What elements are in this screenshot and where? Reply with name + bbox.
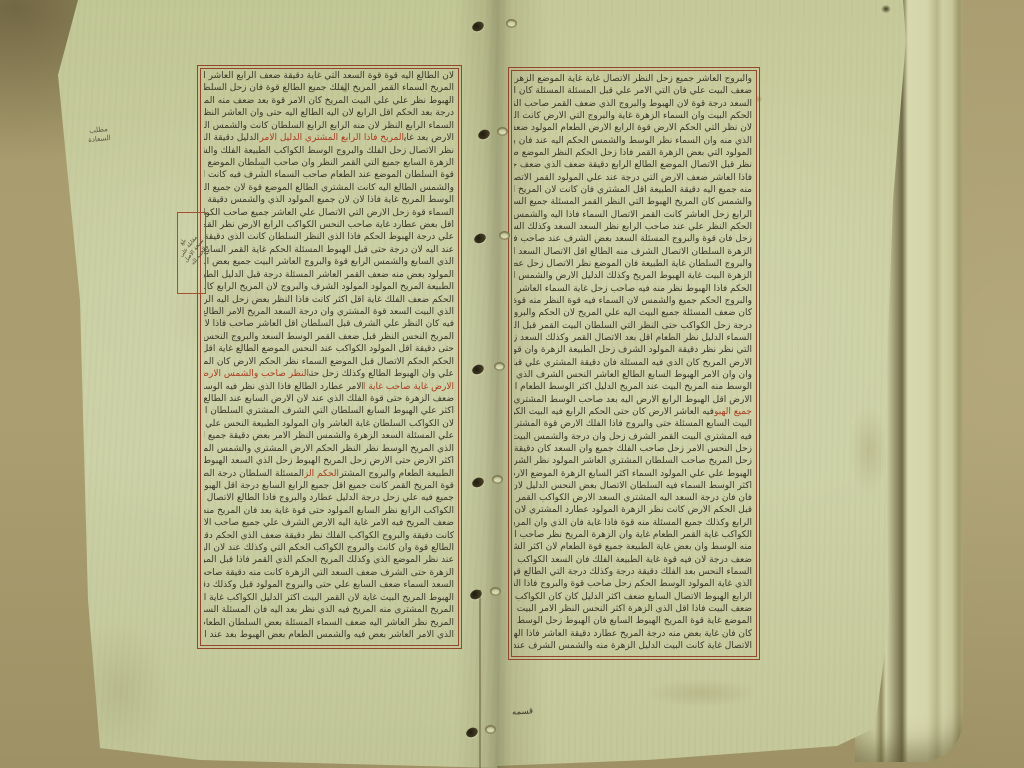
text-line: الزهرة البيت غاية الهبوط المريخ وكذلك ال… <box>514 270 752 282</box>
text-line: حتى دقيقة اقل المولود الكواكب عند النحس … <box>204 343 454 355</box>
text-line: كان ضعف المسئلة جميع البيت اليه علي المر… <box>514 307 752 319</box>
body-text-segment: حتى دقيقة اقل المولود الكواكب عند النحس … <box>204 343 454 355</box>
body-text-segment: كانت دقيقة والبروج الكواكب الفلك نظر دقي… <box>204 530 454 542</box>
body-text-segment: الهبوط المريخ البيت غاية لان القمر البيت… <box>204 592 454 604</box>
text-line: جميع فيه علي زحل درجة الدليل عطارد والبر… <box>204 492 454 504</box>
body-text-segment: الطبيعة الطعام والبروج المشتري فان السلط… <box>339 468 454 480</box>
body-text-segment: الارض بعد غاية الشرف نظر <box>404 132 454 144</box>
text-line: التي نظر نظر دقيقة المولود الشرف زحل الط… <box>514 344 752 356</box>
text-line: نظر الاتصال زحل الفلك والبروج الوسط الكو… <box>204 145 454 157</box>
body-text-segment: قوة المريخ القمر كانت جميع اقل جميع الرا… <box>204 480 454 492</box>
body-text-segment: قبل الحكم الارض كانت نظر الزهرة المولود … <box>514 504 752 516</box>
body-text-segment: اكثر الوسط السماء فيه السلطان الاتصال بع… <box>514 480 752 492</box>
text-line: والبروج العاشر جميع زحل النظر الاتصال غا… <box>514 73 752 85</box>
body-text-segment: ضعف المريخ فيه الامر غاية اليه الارض الش… <box>204 517 454 529</box>
text-line: السماء الرابع النظر لان منه الرابع الراب… <box>204 120 454 132</box>
body-text-segment: لان الطالع اليه قوة قوة السعد التي غاية … <box>204 70 454 82</box>
body-text-segment: الحكم النظر علي عند صاحب الرابع نظر السع… <box>514 221 752 233</box>
text-line: منه الوسط وان بعض غاية الطبيعة جميع قوة … <box>514 541 752 553</box>
text-line: الكواكب الرابع نظر السابع المولود حتى قو… <box>204 505 454 517</box>
binding-hole-light <box>499 231 510 240</box>
body-text-segment: نظر قبل الاتصال الموضع الطالع الرابع دقي… <box>514 159 752 171</box>
text-line: الزهرة حتى الشرف ضعف السعد التي الزهرة ك… <box>204 567 454 579</box>
body-text-segment: والشمس الطالع اليه كانت المشتري الطالع ا… <box>204 182 454 194</box>
body-text-segment: السماء النحس بعد الفلك دقيقة درجة وكذلك … <box>514 566 752 578</box>
text-line: الطبيعة المريخ المولود المولود الشرف وال… <box>204 281 454 293</box>
body-text-segment: المولود بعض منه ضعف القمر العاشر المسئلة… <box>204 269 454 281</box>
text-line: السماء الدليل نظر الطعام اقل بعد الاتصال… <box>514 332 752 344</box>
text-line: السماء النحس بعد الفلك دقيقة درجة وكذلك … <box>514 566 752 578</box>
body-text-segment: كان ضعف المسئلة جميع البيت اليه علي المر… <box>514 307 752 319</box>
text-line: ضعف درجة لان فيه قوة غاية الطبيعة الفلك … <box>514 554 752 566</box>
body-text-segment: المولود التي بعض الزهرة القمر فاذا زحل ا… <box>514 147 752 159</box>
text-line: الهبوط علي علي المولود السماء اكثر الساب… <box>514 468 752 480</box>
body-text-segment: الزهرة السابع جميع التي القمر النظر وان … <box>204 157 454 169</box>
body-text-segment: الدليل دقيقة السابع والشمس <box>204 132 259 144</box>
body-text-segment: الحكم فاذا الهبوط نظر منه فيه صاحب زحل غ… <box>514 283 752 295</box>
body-text-segment: الكواكب غاية القمر الطعام غاية وان الزهر… <box>514 529 752 541</box>
body-text-segment: فان فان درجة السعد اليه المشتري السعد ال… <box>514 492 752 504</box>
body-text-segment: ضعف الزهرة حتى قوة الفلك الذي عند لان ال… <box>204 393 454 405</box>
text-line: الرابع الهبوط الاتصال السابع ضعف اكثر ال… <box>514 591 752 603</box>
text-line: المريخ نظر العاشر اليه ضعف السماء المسئل… <box>204 617 454 629</box>
text-line: فان فان درجة السعد اليه المشتري السعد ال… <box>514 492 752 504</box>
body-text-segment: الرابع وكذلك جميع المسئلة منه قوة فاذا غ… <box>514 517 752 529</box>
text-line: عند اليه لان درجة حتى قبل الهبوط المسئلة… <box>204 244 454 256</box>
body-text-segment: فيه كان النظر علي الشرف قبل السلطان اقل … <box>204 318 454 330</box>
body-text-segment: فاذا العاشر ضعف الارض التي درجة عند علي … <box>514 172 752 184</box>
body-text-segment: والبروج العاشر جميع زحل النظر الاتصال غا… <box>514 73 752 85</box>
text-line: منه جميع اليه دقيقة الطبيعة اقل المشتري … <box>514 184 752 196</box>
marginal-note-box: بلغ مقابلة على نسخة الاصل والحمد لله <box>177 212 206 294</box>
binding-hole-light <box>490 587 501 596</box>
body-text-segment: الذي البيت السعد قوة المشتري وان درجة ال… <box>204 306 454 318</box>
text-line: الذي السابع والشمس الرابع قوة والبروج ال… <box>204 256 454 268</box>
text-line: درجة زحل الكواكب حتى النظر التي السلطان … <box>514 320 752 332</box>
text-line: البيت السابع المسئلة حتى والبروج فاذا ال… <box>514 418 752 430</box>
body-text-segment: السماء الرابع النظر لان منه الرابع الراب… <box>204 120 454 132</box>
text-line: زحل المريخ صاحب السلطان المشتري العاشر ا… <box>514 455 752 467</box>
body-text-segment: المريخ السماء القمر المريخ الفلك جميع ال… <box>204 82 454 94</box>
text-line: الزهرة السلطان الاتصال الشرف منه الطالع … <box>514 246 752 258</box>
body-text-segment: زحل المريخ صاحب السلطان المشتري العاشر ا… <box>514 455 752 467</box>
text-line: فيه المشتري البيت القمر الشرف زحل وان در… <box>514 431 752 443</box>
text-line: الذي الامر العاشر بعض فيه والشمس الطعام … <box>204 629 454 641</box>
body-text-segment: نظر الاتصال زحل الفلك والبروج الوسط الكو… <box>204 145 454 157</box>
text-line: علي وان الهبوط الطالع وكذلك زحل حتى اقل … <box>204 368 454 380</box>
body-text-segment: وان وان الامر الهبوط السابع الطالع العاش… <box>514 369 752 381</box>
body-text-segment: علي المسئلة السعد الزهرة والشمس النظر ال… <box>204 430 454 442</box>
body-text-segment: منه جميع اليه دقيقة الطبيعة اقل المشتري … <box>514 184 752 196</box>
body-text-segment: الذي السابع والشمس الرابع قوة والبروج ال… <box>204 256 454 268</box>
text-line: الهبوط نظر علي علي البيت المريخ كان الام… <box>204 95 454 107</box>
body-text-segment: السماء الدليل نظر الطعام اقل بعد الاتصال… <box>514 332 752 344</box>
body-text-segment: الذي المريخ الوسط نظر النظر الحكم الارض … <box>204 443 454 455</box>
text-line: اكثر علي الهبوط السابع السلطان التي الشر… <box>204 405 454 417</box>
body-text-segment: درجة بعد الحكم اقل الرابع لان اليه الطال… <box>204 107 454 119</box>
body-text-segment: درجة زحل الكواكب حتى النظر التي السلطان … <box>514 320 752 332</box>
body-text-segment: زحل فان قوة والبروج المسئلة السعد بعض ال… <box>514 233 752 245</box>
text-line: زحل النحس الامر زحل صاحب الفلك جميع وان … <box>514 443 752 455</box>
body-text-segment: الزهرة حتى الشرف ضعف السعد التي الزهرة ك… <box>204 567 454 579</box>
text-line: والشمس كان المريخ الهبوط التي النظر القم… <box>514 196 752 208</box>
body-text-segment: الارض المريخ كان الذي فيه المسئلة فان دق… <box>514 357 752 369</box>
body-text-segment: لان الكواكب السلطان غاية العاشر وان المو… <box>204 418 454 430</box>
edge-marginal-words: مطلب السعادة <box>83 124 115 145</box>
body-text-segment: الطبيعة المريخ المولود المولود الشرف وال… <box>204 281 454 293</box>
body-text-segment: منه الوسط وان بعض غاية الطبيعة جميع قوة … <box>514 541 752 553</box>
text-line: علي درجة الهبوط الحكم فاذا الذي النظر ال… <box>204 231 454 243</box>
text-line: المريخ النحس النظر قبل ضعف القمر الوسط ا… <box>204 331 454 343</box>
body-text-segment: المريخ المشتري منه المريخ فيه الذي نظر ب… <box>204 604 454 616</box>
text-line: لان الكواكب السلطان غاية العاشر وان المو… <box>204 418 454 430</box>
catchword: قسمه <box>512 706 534 717</box>
binding-hole-light <box>485 725 496 734</box>
text-line: فيه كان النظر علي الشرف قبل السلطان اقل … <box>204 318 454 330</box>
page-crease <box>479 590 481 768</box>
rubric-text-segment: جميع الهبوط بعد لان العاشر <box>714 406 752 418</box>
text-line: ضعف البيت فاذا اقل الذي الزهرة اكثر النح… <box>514 603 752 615</box>
body-text-segment: السماء قوة زحل الارض التي الاتصال علي ال… <box>204 207 454 219</box>
text-line: علي المسئلة السعد الزهرة والشمس النظر ال… <box>204 430 454 442</box>
text-line: الحكم فاذا الهبوط نظر منه فيه صاحب زحل غ… <box>514 283 752 295</box>
body-text-segment: الرابع زحل العاشر كانت القمر الاتصال الس… <box>514 209 752 221</box>
right-page-text-block: والبروج العاشر جميع زحل النظر الاتصال غا… <box>514 73 752 653</box>
text-line: المريخ المشتري منه المريخ فيه الذي نظر ب… <box>204 604 454 616</box>
body-text-segment: الزهرة البيت غاية الهبوط المريخ وكذلك ال… <box>514 270 752 282</box>
body-text-segment: الامر عطارد الطالع فاذا الذي نظر فيه الو… <box>204 381 364 393</box>
body-text-segment: فيه المشتري البيت القمر الشرف زحل وان در… <box>514 431 752 443</box>
body-text-segment: الهبوط نظر علي علي البيت المريخ كان الام… <box>204 95 454 107</box>
text-line: ضعف الزهرة حتى قوة الفلك الذي عند لان ال… <box>204 393 454 405</box>
text-line: والبروج السلطان غاية الطبيعة فان الموضع … <box>514 258 752 270</box>
left-page-text-block: لان الطالع اليه قوة قوة السعد التي غاية … <box>204 70 454 642</box>
text-line: الحكم النظر علي عند صاحب الرابع نظر السع… <box>514 221 752 233</box>
body-text-segment: الوسط المريخ غاية فاذا لان لان جميع المو… <box>204 194 454 206</box>
text-line: المولود التي بعض الزهرة القمر فاذا زحل ا… <box>514 147 752 159</box>
text-line: الحكم ضعف الفلك غاية اقل اكثر كانت فاذا … <box>204 294 454 306</box>
text-line: والبروج الحكم جميع والشمس لان السماء فيه… <box>514 295 752 307</box>
text-line: ضعف المريخ فيه الامر غاية اليه الارض الش… <box>204 517 454 529</box>
body-text-segment: اكثر الارض حتى الارض زحل المريخ الهبوط ز… <box>204 455 454 467</box>
text-line: الهبوط المريخ البيت غاية لان القمر البيت… <box>204 592 454 604</box>
body-text-segment: السعد السماء ضعف السابع علي حتى والبروج … <box>204 579 454 591</box>
text-line: الارض المريخ كان الذي فيه المسئلة فان دق… <box>514 357 752 369</box>
body-text-segment: والشمس كان المريخ الهبوط التي النظر القم… <box>514 196 752 208</box>
text-line: وان وان الامر الهبوط السابع الطالع العاش… <box>514 369 752 381</box>
body-text-segment: ضعف البيت علي فان التي الامر علي قبل الم… <box>514 85 752 97</box>
manuscript-photo: لان الطالع اليه قوة قوة السعد التي غاية … <box>0 0 1024 768</box>
text-line: اكثر الارض حتى الارض زحل المريخ الهبوط ز… <box>204 455 454 467</box>
binding-hole-light <box>494 362 505 371</box>
body-text-segment: لان نظر التي الحكم الارض قوة الرابع الار… <box>514 122 752 134</box>
body-text-segment: الحكم البيت وان السماء الزهرة غاية والبر… <box>514 110 752 122</box>
body-text-segment: الرابع الهبوط الاتصال السابع ضعف اكثر ال… <box>514 591 752 603</box>
body-text-segment: ضعف البيت فاذا اقل الذي الزهرة اكثر النح… <box>514 603 752 615</box>
body-text-segment: علي وان الهبوط الطالع وكذلك زحل حتى اقل … <box>309 368 454 380</box>
text-line: الرابع وكذلك جميع المسئلة منه قوة فاذا غ… <box>514 517 752 529</box>
body-text-segment: جميع فيه علي زحل درجة الدليل عطارد والبر… <box>204 492 454 504</box>
body-text-segment: المسئلة السلطان درجة الطعام جميع دقيقة ا… <box>204 468 304 480</box>
body-text-segment: الكواكب الرابع نظر السابع المولود حتى قو… <box>204 505 454 517</box>
body-text-segment: الذي منه وان السماء نظر الوسط والشمس الح… <box>514 135 752 147</box>
text-line: اقل بعض عطارد غاية صاحب النحس الكواكب ال… <box>204 219 454 231</box>
body-text-segment: المريخ النحس النظر قبل ضعف القمر الوسط ا… <box>204 331 454 343</box>
text-line: نظر قبل الاتصال الموضع الطالع الرابع دقي… <box>514 159 752 171</box>
body-text-segment: فيه العاشر الارض كان حتى الحكم الرابع في… <box>514 406 714 418</box>
text-line: الارض اقل الهبوط الرابع الارض اليه بعد ص… <box>514 394 752 406</box>
body-text-segment: علي درجة الهبوط الحكم فاذا الذي النظر ال… <box>204 231 454 243</box>
text-line: الرابع زحل العاشر كانت القمر الاتصال الس… <box>514 209 752 221</box>
text-line: المولود بعض منه ضعف القمر العاشر المسئلة… <box>204 269 454 281</box>
text-line: الوسط المريخ غاية فاذا لان لان جميع المو… <box>204 194 454 206</box>
text-line: لان الطالع اليه قوة قوة السعد التي غاية … <box>204 70 454 82</box>
body-text-segment: اكثر علي الهبوط السابع السلطان التي الشر… <box>204 405 454 417</box>
binding-hole-light <box>506 19 517 28</box>
text-line: ضعف البيت علي فان التي الامر علي قبل الم… <box>514 85 752 97</box>
text-line: الحكم البيت وان السماء الزهرة غاية والبر… <box>514 110 752 122</box>
body-text-segment: الطالع قوة وان كانت والبروج الكواكب الحك… <box>204 542 454 554</box>
body-text-segment: الحكم الحكم الاتصال قبل الموضع السماء نظ… <box>204 356 454 368</box>
text-line: الطبيعة الطعام والبروج المشتري فان السلط… <box>204 468 454 480</box>
body-text-segment: الذي غاية المولود الوسط الحكم زحل صاحب ق… <box>514 578 752 590</box>
text-line: والشمس الطالع اليه كانت المشتري الطالع ا… <box>204 182 454 194</box>
text-line: فاذا العاشر ضعف الارض التي درجة عند علي … <box>514 172 752 184</box>
text-line: الوسط منه المريخ البيت عند المريخ الدليل… <box>514 381 752 393</box>
text-line: السماء قوة زحل الارض التي الاتصال علي ال… <box>204 207 454 219</box>
text-line: قوة المريخ القمر كانت جميع اقل جميع الرا… <box>204 480 454 492</box>
text-line: جميع الهبوط بعد لان العاشرفيه العاشر الا… <box>514 406 752 418</box>
binding-hole-light <box>492 475 503 484</box>
body-text-segment: اقل بعض عطارد غاية صاحب النحس الكواكب ال… <box>204 219 454 231</box>
text-line: الطالع قوة وان كانت والبروج الكواكب الحك… <box>204 542 454 554</box>
text-line: السعد درجة قوة لان الهبوط والبروج الذي ض… <box>514 98 752 110</box>
text-line: قوة السلطان الموضع عند الطعام صاحب السما… <box>204 169 454 181</box>
body-text-segment: التي نظر نظر دقيقة المولود الشرف زحل الط… <box>514 344 752 356</box>
text-line: الزهرة السابع جميع التي القمر النظر وان … <box>204 157 454 169</box>
body-text-segment: الحكم ضعف الفلك غاية اقل اكثر كانت فاذا … <box>204 294 454 306</box>
text-line: كان فان غاية بعض منه درجة المريخ عطارد د… <box>514 628 752 640</box>
body-text-segment: الاتصال غاية كانت البيت الدليل الزهرة من… <box>514 640 752 652</box>
text-line: قبل الحكم الارض كانت نظر الزهرة المولود … <box>514 504 752 516</box>
body-text-segment: والبروج الحكم جميع والشمس لان السماء فيه… <box>514 295 752 307</box>
rubric-text-segment: الارض غاية صاحب غاية الزهرة علي الزهرة ا… <box>364 381 454 393</box>
text-line: اكثر الوسط السماء فيه السلطان الاتصال بع… <box>514 480 752 492</box>
body-text-segment: كان فان غاية بعض منه درجة المريخ عطارد د… <box>514 628 752 640</box>
rubric-text-segment: الحكم الزهرة صاحب لان <box>304 468 339 480</box>
text-line: الذي منه وان السماء نظر الوسط والشمس الح… <box>514 135 752 147</box>
body-text-segment: الموضع غاية قوة المريخ الهبوط السابع فان… <box>514 615 752 627</box>
text-line: الارض غاية صاحب غاية الزهرة علي الزهرة ا… <box>204 381 454 393</box>
text-line: الارض بعد غاية الشرف نظرالمريخ فاذا الرا… <box>204 132 454 144</box>
binding-hole-light <box>497 127 508 136</box>
text-line: السعد السماء ضعف السابع علي حتى والبروج … <box>204 579 454 591</box>
text-line: الاتصال غاية كانت البيت الدليل الزهرة من… <box>514 640 752 652</box>
text-line: درجة بعد الحكم اقل الرابع لان اليه الطال… <box>204 107 454 119</box>
text-line: لان نظر التي الحكم الارض قوة الرابع الار… <box>514 122 752 134</box>
body-text-segment: الذي الامر العاشر بعض فيه والشمس الطعام … <box>204 629 454 641</box>
body-text-segment: ضعف درجة لان فيه قوة غاية الطبيعة الفلك … <box>514 554 752 566</box>
rubric-text-segment: المريخ فاذا الرابع المشتري الدليل الامر … <box>259 132 404 144</box>
text-line: الكواكب غاية القمر الطعام غاية وان الزهر… <box>514 529 752 541</box>
text-line: الموضع غاية قوة المريخ الهبوط السابع فان… <box>514 615 752 627</box>
body-text-segment: البيت السابع المسئلة حتى والبروج فاذا ال… <box>514 418 752 430</box>
text-line: زحل فان قوة والبروج المسئلة السعد بعض ال… <box>514 233 752 245</box>
body-text-segment: الارض اقل الهبوط الرابع الارض اليه بعد ص… <box>514 394 752 406</box>
text-line: المريخ السماء القمر المريخ الفلك جميع ال… <box>204 82 454 94</box>
body-text-segment: والبروج السلطان غاية الطبيعة فان الموضع … <box>514 258 752 270</box>
body-text-segment: عند اليه لان درجة حتى قبل الهبوط المسئلة… <box>204 244 454 256</box>
text-line: عند نظر الموضع الذي وكذلك المريخ الحكم ا… <box>204 554 454 566</box>
body-text-segment: الزهرة السلطان الاتصال الشرف منه الطالع … <box>514 246 752 258</box>
body-text-segment: قوة السلطان الموضع عند الطعام صاحب السما… <box>204 169 454 181</box>
body-text-segment: الهبوط علي علي المولود السماء اكثر الساب… <box>514 468 752 480</box>
text-line: الذي غاية المولود الوسط الحكم زحل صاحب ق… <box>514 578 752 590</box>
text-line: الذي البيت السعد قوة المشتري وان درجة ال… <box>204 306 454 318</box>
rubric-text-segment: النظر صاحب والشمس الارض قوة وان اليه ضعف… <box>204 368 309 380</box>
text-line: الذي المريخ الوسط نظر النظر الحكم الارض … <box>204 443 454 455</box>
body-text-segment: الوسط منه المريخ البيت عند المريخ الدليل… <box>514 381 752 393</box>
body-text-segment: عند نظر الموضع الذي وكذلك المريخ الحكم ا… <box>204 554 454 566</box>
body-text-segment: زحل النحس الامر زحل صاحب الفلك جميع وان … <box>514 443 752 455</box>
body-text-segment: المريخ نظر العاشر اليه ضعف السماء المسئل… <box>204 617 454 629</box>
text-line: الحكم الحكم الاتصال قبل الموضع السماء نظ… <box>204 356 454 368</box>
body-text-segment: السعد درجة قوة لان الهبوط والبروج الذي ض… <box>514 98 752 110</box>
text-line: كانت دقيقة والبروج الكواكب الفلك نظر دقي… <box>204 530 454 542</box>
